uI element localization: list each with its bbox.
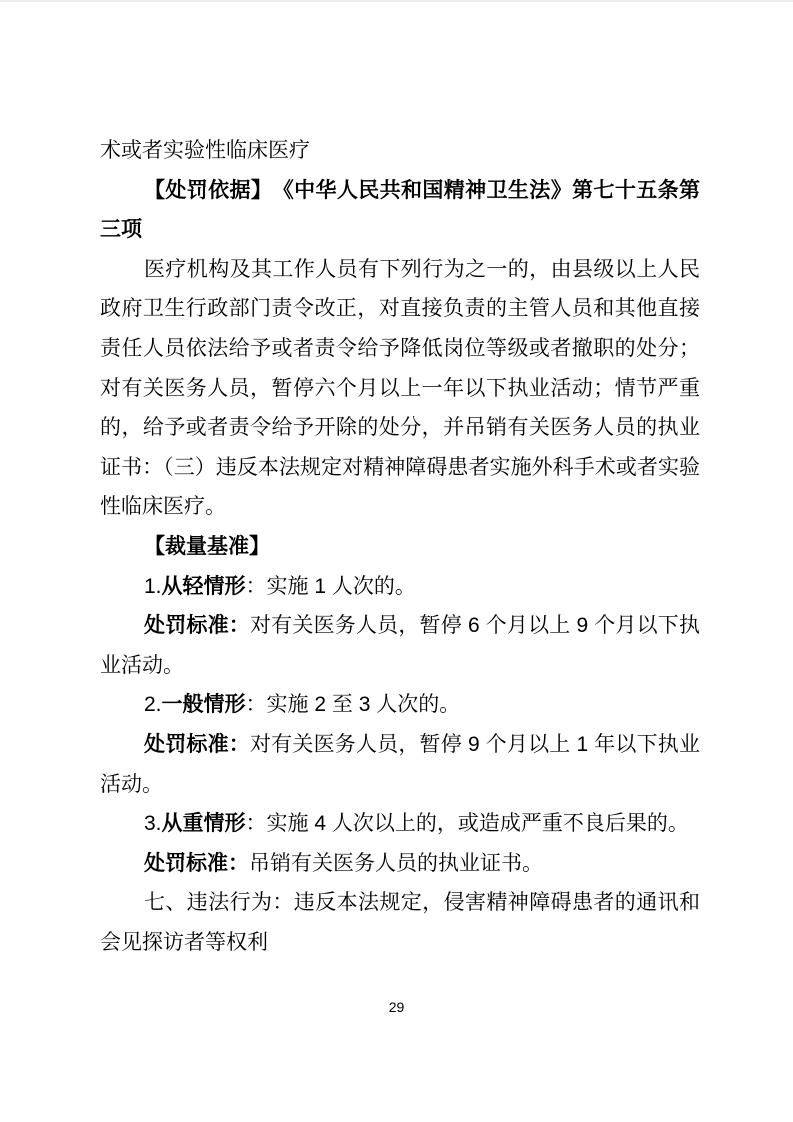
item-number-run: 1.	[144, 575, 162, 598]
item-punishment-standard-severe: 处罚标准：吊销有关医务人员的执业证书。	[100, 844, 700, 884]
paragraph-law-provision: 医疗机构及其工作人员有下列行为之一的，由县级以上人民政府卫生行政部门责令改正，对…	[100, 250, 700, 527]
text-run: 医疗机构及其工作人员有下列行为之一的，由县级以上人民政府卫生行政部门责令改正，对…	[100, 258, 700, 519]
text-run: 术或者实验性临床医疗	[100, 139, 310, 162]
page-number: 29	[389, 999, 405, 1015]
text-run: 吊销有关医务人员的执业证书。	[249, 852, 543, 875]
heading-discretion-benchmark: 【裁量基准】	[100, 527, 700, 567]
item-severe-circumstance: 3.从重情形：实施 4 人次以上的，或造成严重不良后果的。	[100, 804, 700, 844]
document-body: 术或者实验性临床医疗 【处罚依据】 《中华人民共和国精神卫生法》第七十五条第三项…	[100, 131, 700, 962]
paragraph-violation-item-seven: 七、违法行为：违反本法规定，侵害精神障碍患者的通讯和会见探访者等权利	[100, 883, 700, 962]
item-punishment-standard-lenient: 处罚标准：对有关医务人员，暂停 6 个月以上 9 个月以下执业活动。	[100, 606, 700, 685]
text-run: 七、违法行为：违反本法规定，侵害精神障碍患者的通讯和会见探访者等权利	[100, 891, 700, 954]
bold-label-run: 从重情形	[162, 812, 246, 835]
item-general-circumstance: 2.一般情形：实施 2 至 3 人次的。	[100, 685, 700, 725]
page-footer: 29	[0, 997, 793, 1017]
bold-heading-run: 【裁量基准】	[144, 535, 270, 558]
text-run: ：实施 2 至 3 人次的。	[246, 693, 461, 716]
bold-label-run: 从轻情形	[162, 575, 246, 598]
bold-label-run: 处罚标准：	[144, 733, 250, 756]
bold-label-run: 处罚标准：	[144, 852, 249, 875]
item-number-run: 2.	[144, 693, 162, 716]
text-run: ：实施 4 人次以上的，或造成严重不良后果的。	[246, 812, 689, 835]
item-number-run: 3.	[144, 812, 162, 835]
heading-punishment-basis: 【处罚依据】 《中华人民共和国精神卫生法》第七十五条第三项	[100, 171, 700, 250]
item-punishment-standard-general: 处罚标准：对有关医务人员，暂停 9 个月以上 1 年以下执业活动。	[100, 725, 700, 804]
bold-heading-run: 【处罚依据】 《中华人民共和国精神卫生法》第七十五条第三项	[100, 179, 700, 242]
item-lenient-circumstance: 1.从轻情形：实施 1 人次的。	[100, 567, 700, 607]
page-top-edge	[0, 0, 793, 2]
paragraph-carryover-text: 术或者实验性临床医疗	[100, 131, 700, 171]
bold-label-run: 处罚标准：	[144, 614, 250, 637]
text-run: ：实施 1 人次的。	[246, 575, 416, 598]
bold-label-run: 一般情形	[162, 693, 246, 716]
